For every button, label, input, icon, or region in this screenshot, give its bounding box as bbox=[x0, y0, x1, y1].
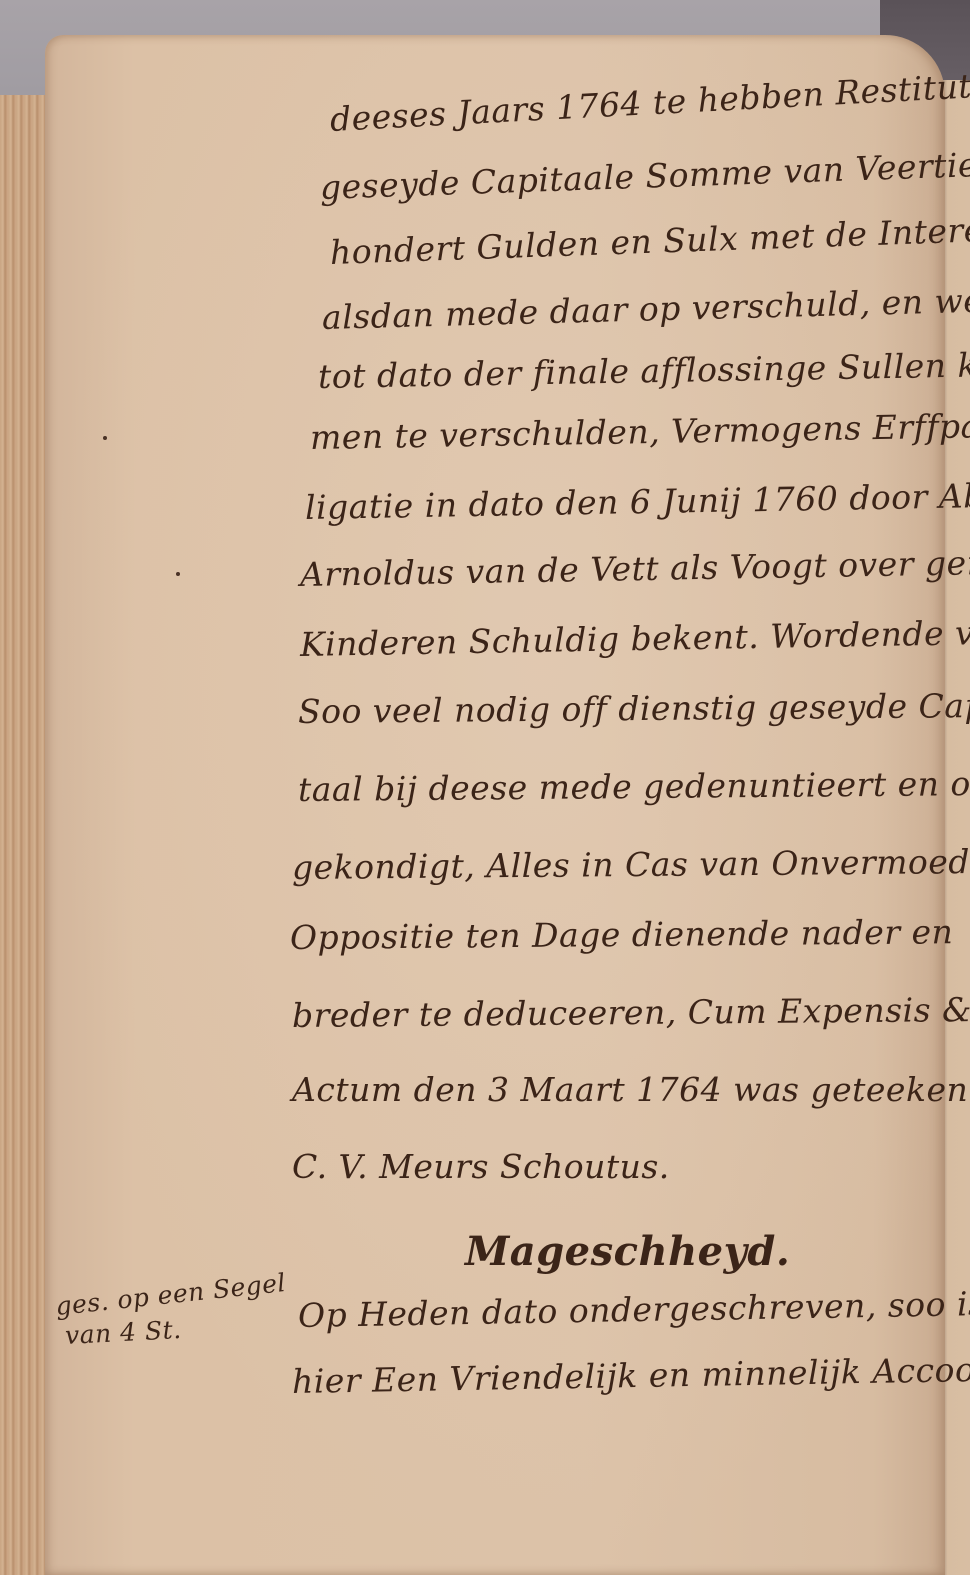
margin-note-line-2: van 4 St. bbox=[64, 1315, 182, 1350]
text-line-13: Oppositie ten Dage dienende nader en bbox=[290, 912, 954, 957]
text-line-14: breder te deduceeren, Cum Expensis &ca. bbox=[292, 990, 970, 1035]
text-line-10: Soo veel nodig off dienstig geseyde Capi… bbox=[298, 686, 970, 731]
section-heading: Mageschheyd. bbox=[465, 1228, 790, 1275]
text-line-15: Actum den 3 Maart 1764 was geteekent bbox=[292, 1070, 970, 1109]
signature-line: C. V. Meurs Schoutus. bbox=[292, 1147, 670, 1186]
text-line-12: gekondigt, Alles in Cas van Onvermoedeli… bbox=[292, 841, 970, 887]
ink-spot bbox=[103, 436, 107, 440]
text-line-11: taal bij deese mede gedenuntieert en op- bbox=[298, 764, 970, 809]
ink-spot bbox=[176, 572, 180, 576]
